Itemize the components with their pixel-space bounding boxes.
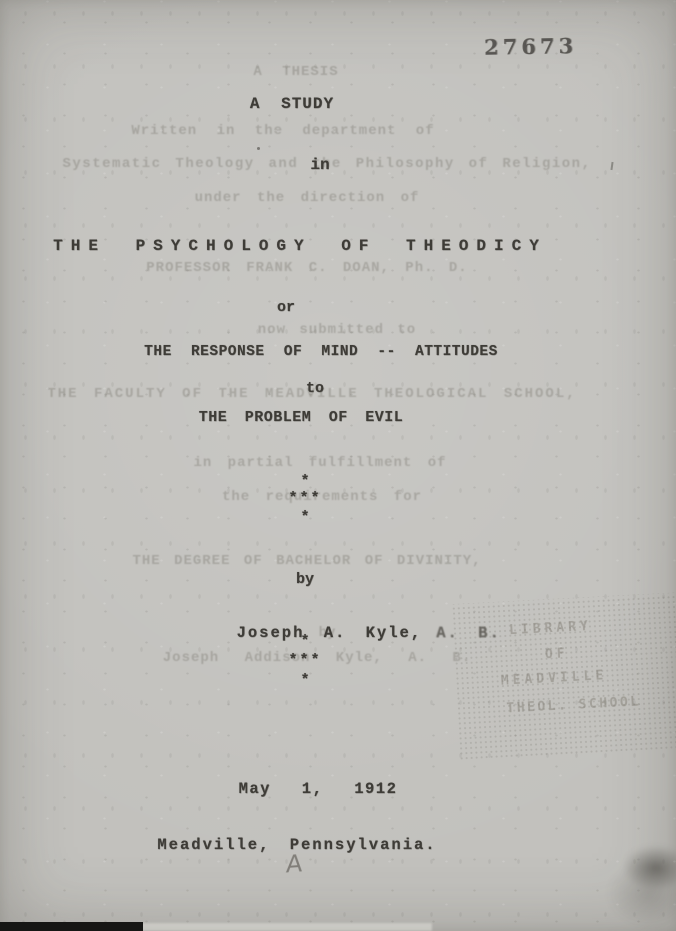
ink-speck	[257, 147, 260, 150]
place-line: Meadville, Pennsylvania.	[0, 836, 635, 854]
title-line-a-study: A STUDY	[0, 95, 630, 113]
scan-edge-strip	[140, 923, 432, 931]
ghost-line-submitted: now submitted to	[0, 322, 675, 338]
ornament-asterisk-row: ***	[0, 490, 643, 507]
handwritten-letter: A	[286, 849, 303, 878]
ghost-line-fulfillment: in partial fulfillment of	[0, 455, 658, 471]
ghost-line-professor: PROFESSOR FRANK C. DOAN, Ph. D.	[0, 260, 645, 276]
main-title: THE PSYCHOLOGY OF THEODICY	[0, 237, 638, 255]
ornament-asterisk-row: ***	[0, 652, 643, 669]
date-line: May 1, 1912	[0, 780, 656, 798]
scanned-thesis-title-page: 27673 A THESIS Written in the department…	[0, 0, 676, 931]
ghost-line-direction: under the direction of	[0, 190, 645, 206]
ornament-asterisk: *	[0, 509, 643, 526]
subtitle-problem-of-evil: THE PROBLEM OF EVIL	[0, 409, 639, 426]
byline-by: by	[0, 571, 643, 588]
ghost-line-written: Written in the department of	[0, 123, 621, 139]
ghost-line-degree: THE DEGREE OF BACHELOR OF DIVINITY,	[0, 553, 645, 569]
ornament-asterisk: *	[0, 473, 643, 490]
scan-artifact-black-bar	[0, 922, 143, 931]
subtitle-response: THE RESPONSE OF MIND -- ATTITUDES	[0, 344, 659, 360]
accession-number-stamp: 27673	[484, 33, 577, 60]
title-line-or: or	[0, 299, 624, 316]
ghost-line-thesis: A THESIS	[0, 64, 634, 80]
scan-smudge	[588, 842, 676, 928]
ornament-asterisk: *	[0, 633, 643, 650]
title-line-to: to	[0, 380, 653, 397]
ornament-asterisk: *	[0, 672, 643, 689]
perf-stamp-line: THEOL. SCHOOL	[463, 692, 676, 718]
title-line-in: in	[0, 156, 658, 174]
